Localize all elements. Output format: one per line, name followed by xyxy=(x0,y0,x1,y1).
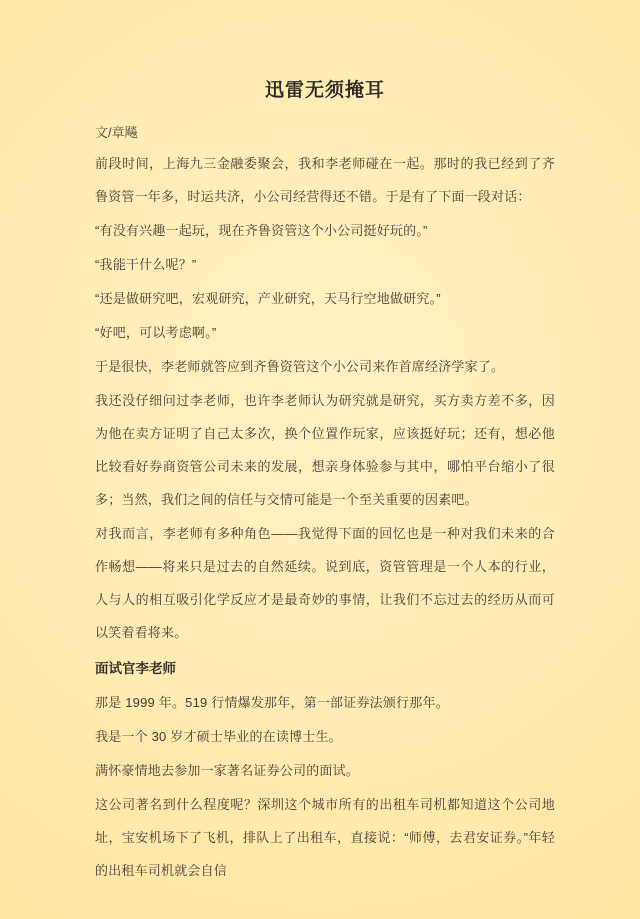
paragraph: 我还没仔细问过李老师，也许李老师认为研究就是研究，买方卖方差不多，因为他在卖方证… xyxy=(95,384,555,516)
article-page: 迅雷无须掩耳 文/章飚 前段时间，上海九三金融委聚会，我和李老师碰在一起。那时的… xyxy=(0,0,640,919)
dialogue-line: “还是做研究吧，宏观研究，产业研究，天马行空地做研究。” xyxy=(95,282,555,315)
dialogue-line: “我能干什么呢？” xyxy=(95,248,555,281)
paragraph: 前段时间，上海九三金融委聚会，我和李老师碰在一起。那时的我已经到了齐鲁资管一年多… xyxy=(95,147,555,213)
paragraph: 对我而言，李老师有多种角色——我觉得下面的回忆也是一种对我们未来的合作畅想——将… xyxy=(95,517,555,649)
article-byline: 文/章飚 xyxy=(95,124,555,142)
paragraph: 我是一个 30 岁才硕士毕业的在读博士生。 xyxy=(95,720,555,753)
paragraph: 满怀豪情地去参加一家著名证券公司的面试。 xyxy=(95,754,555,787)
paragraph: 这公司著名到什么程度呢？深圳这个城市所有的出租车司机都知道这个公司地址，宝安机场… xyxy=(95,788,555,887)
dialogue-line: “有没有兴趣一起玩，现在齐鲁资管这个小公司挺好玩的。” xyxy=(95,214,555,247)
article-title: 迅雷无须掩耳 xyxy=(95,78,555,104)
paragraph: 那是 1999 年。519 行情爆发那年，第一部证券法颁行那年。 xyxy=(95,686,555,719)
paragraph: 于是很快，李老师就答应到齐鲁资管这个小公司来作首席经济学家了。 xyxy=(95,350,555,383)
section-heading: 面试官李老师 xyxy=(95,652,555,685)
dialogue-line: “好吧，可以考虑啊。” xyxy=(95,316,555,349)
article-body: 前段时间，上海九三金融委聚会，我和李老师碰在一起。那时的我已经到了齐鲁资管一年多… xyxy=(95,147,555,887)
article-content: 迅雷无须掩耳 文/章飚 前段时间，上海九三金融委聚会，我和李老师碰在一起。那时的… xyxy=(0,0,640,887)
